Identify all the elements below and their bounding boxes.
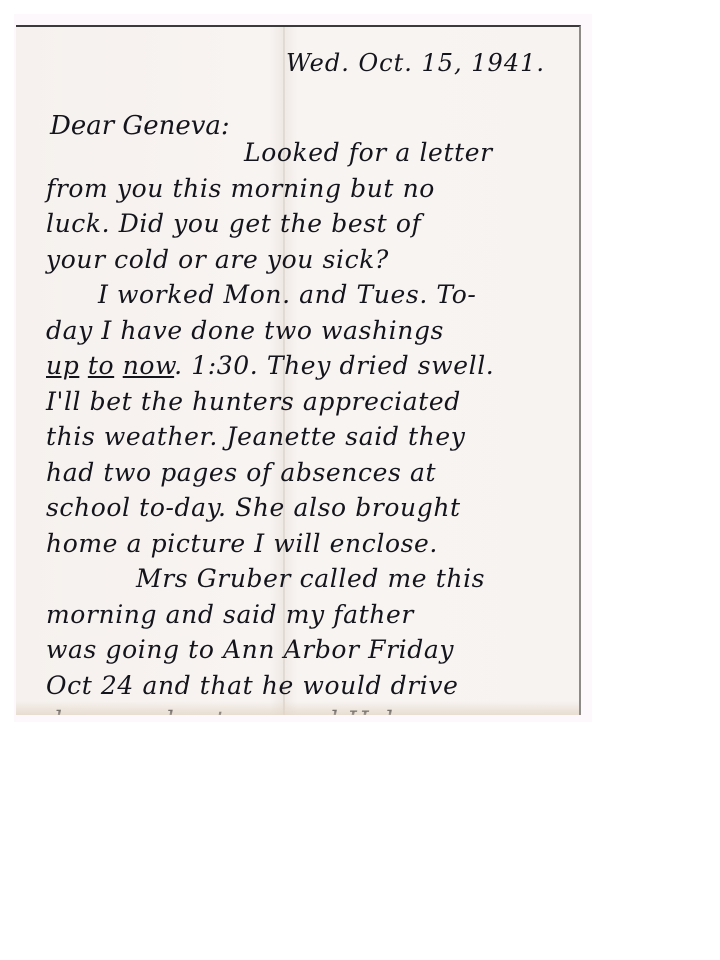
letter-line: Mrs Gruber called me this — [46, 561, 576, 597]
letter-line: day I have done two washings — [46, 313, 576, 349]
letter-line: this weather. Jeanette said they — [46, 419, 576, 455]
letter-date: Wed. Oct. 15, 1941. — [286, 49, 545, 77]
letter-line: morning and said my father — [46, 597, 576, 633]
letter-page: Wed. Oct. 15, 1941. Dear Geneva: Looked … — [16, 25, 581, 715]
letter-line: I'll bet the hunters appreciated — [46, 384, 576, 420]
letter-line: I worked Mon. and Tues. To- — [46, 277, 576, 313]
letter-line: luck. Did you get the best of — [46, 206, 576, 242]
letter-line: was going to Ann Arbor Friday — [46, 632, 576, 668]
letter-line-underlined: up to now. 1:30. They dried swell. — [46, 348, 576, 384]
letter-line: had two pages of absences at — [46, 455, 576, 491]
letter-body: Looked for a letter from you this mornin… — [46, 135, 576, 715]
letter-line: your cold or are you sick? — [46, 242, 576, 278]
letter-line: down and get you and Helen. — [46, 703, 576, 715]
letter-line: from you this morning but no — [46, 171, 576, 207]
letter-line: home a picture I will enclose. — [46, 526, 576, 562]
letter-line: school to-day. She also brought — [46, 490, 576, 526]
letter-line: Oct 24 and that he would drive — [46, 668, 576, 704]
letter-line: Looked for a letter — [46, 135, 576, 171]
